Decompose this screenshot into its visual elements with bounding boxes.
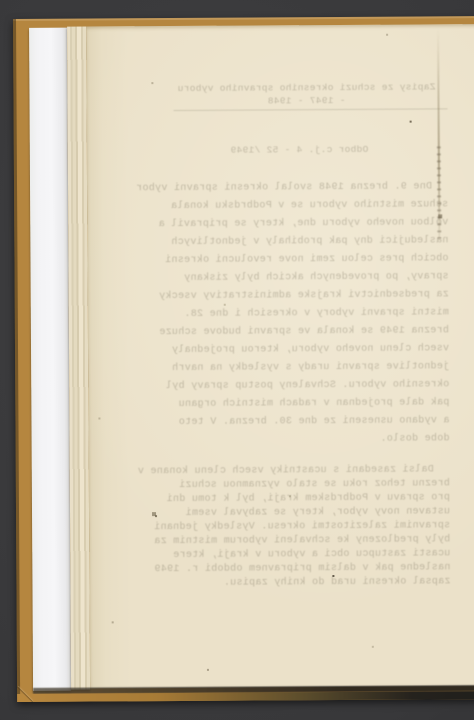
ghost-line: zapsal okresni urad do knihy zapisu. xyxy=(153,575,450,591)
paper-crease-smudge xyxy=(437,146,442,238)
ghost-line: pro spravu v Podbrdskem kraji, byl k tom… xyxy=(153,491,450,507)
ghost-line: a vydano usneseni ze dne 30. brezna. V t… xyxy=(152,412,449,432)
ghost-showthrough-layer: Zapisy ze schuzi okresniho spravniho vyb… xyxy=(86,24,474,688)
ghost-heading: Zapisy ze schuzi okresniho spravniho vyb… xyxy=(174,80,438,108)
ghost-line: vsech clenu noveho vyboru, kterou projed… xyxy=(152,340,449,360)
ghost-line: pak dale projednan v radach mistnich org… xyxy=(152,394,449,414)
ghost-line: jednotlive spravni urady s vysledky na n… xyxy=(152,358,449,378)
ghost-line: nasledujici dny pak probihaly v jednotli… xyxy=(151,232,448,252)
ghost-paragraph-2: Dalsi zasedani s ucastniky vsech clenu k… xyxy=(153,463,451,591)
ghost-line: Dne 9. brezna 1948 svolal okresni spravn… xyxy=(151,178,448,198)
ghost-line: byly predlozeny ke schvaleni vyborum mis… xyxy=(153,533,450,549)
cover-top-highlight xyxy=(13,16,474,21)
flyleaf-page xyxy=(29,28,71,691)
ghost-line: ucasti zastupcu obci a vyboru v kraji, k… xyxy=(153,547,450,563)
ghost-line: obcich pres celou zemi nove revolucni ok… xyxy=(151,250,448,270)
ghost-line: mistni spravni vybory v okresich i dne 2… xyxy=(152,304,449,324)
blank-page: Zapisy ze schuzi okresniho spravniho vyb… xyxy=(86,24,474,688)
ghost-line: spravnimi zalezitostmi okresu. Vysledky … xyxy=(153,519,450,535)
ghost-line: nasledne pak v dalsim pripravnem obdobi … xyxy=(153,561,450,577)
ghost-line: brezna 1949 se konala ve spravni budove … xyxy=(152,322,449,342)
cover-corner-miter xyxy=(17,686,33,702)
cover-left-edge-shadow xyxy=(13,19,20,702)
ghost-line: volbou noveho vyboru dne, ktery se pripr… xyxy=(151,214,448,234)
ghost-paragraph-1: Dne 9. brezna 1948 svolal okresni spravn… xyxy=(151,178,450,450)
cover-bottom-edge xyxy=(17,691,474,702)
ghost-line: schuze mistniho vyboru se v Podbrdsku ko… xyxy=(151,196,448,216)
ghost-line: Zapisy ze schuzi okresniho spravniho vyb… xyxy=(174,80,438,95)
ghost-rule xyxy=(174,108,448,111)
ghost-line: spravy, po provedenych akcich byly ziska… xyxy=(152,268,449,288)
ghost-line: za predsednictvi krajske administrativy … xyxy=(152,286,449,306)
ghost-line: ustaven novy vybor, ktery se zabyval vse… xyxy=(153,505,450,521)
book-cover: Zapisy ze schuzi okresniho spravniho vyb… xyxy=(13,16,474,702)
ghost-dateline: Odbor c.j. 4 - 52 /1949 xyxy=(151,143,448,157)
paper-specks xyxy=(86,27,88,29)
ghost-line: okresniho vyboru. Schvaleny postup sprav… xyxy=(152,376,449,396)
ghost-line: breznu tehoz roku se stalo vyznamnou sch… xyxy=(153,477,450,493)
book-scan-background: Zapisy ze schuzi okresniho spravniho vyb… xyxy=(0,0,474,720)
ghost-line: dobe doslo. xyxy=(153,430,450,450)
ghost-line: Dalsi zasedani s ucastniky vsech clenu k… xyxy=(153,463,450,479)
ghost-line: - 1947 - 1948 xyxy=(174,93,438,108)
